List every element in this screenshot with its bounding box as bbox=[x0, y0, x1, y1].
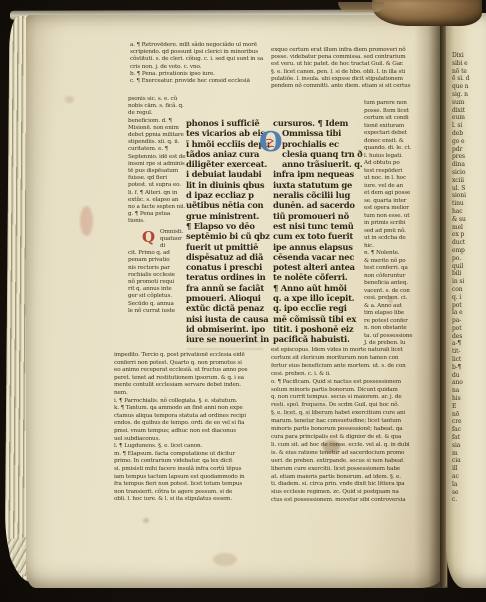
gloss-top-left: a. ¶ Retrovēdere. mīlt sãdo negociãdo ul… bbox=[130, 42, 264, 85]
gloss-left-quaeritur: QOmnisti. quatuor di cit. Primo q. ad pe… bbox=[128, 229, 186, 315]
paper-stain bbox=[213, 553, 237, 566]
facing-page-text-fragments: Dixi sibi e nõ te ē si. d que n sig. n s… bbox=[452, 52, 485, 504]
incunabulum-book-photo: a. ¶ Retrovēdere. mīlt sãdo negociãdo ul… bbox=[0, 0, 486, 602]
gloss-left-upper: psonis sic. s. e. cũ nobis cām. s. ficã.… bbox=[128, 96, 186, 226]
main-col2-paragraph: O Ommissa tibi prochialis ec clesia quan… bbox=[273, 128, 366, 344]
main-col2-catchline: cursuros. ¶ Idem bbox=[273, 118, 366, 128]
main-column-2: cursuros. ¶ Idem O Ommissa tibi prochial… bbox=[273, 118, 366, 345]
gloss-bottom-left: impedito. Tercio q. post privationē eccl… bbox=[114, 352, 264, 504]
torn-corner-damage bbox=[372, 0, 482, 26]
paper-stain bbox=[80, 206, 93, 236]
main-col2-lines: Ommissa tibi prochialis ec clesia quanq … bbox=[273, 128, 362, 344]
gloss-right-column: tum parere non posse. Item licet certum … bbox=[364, 100, 425, 348]
gloss-bottom-right: est episcopus. Idem vides in morte natur… bbox=[271, 347, 423, 505]
paper-stain bbox=[65, 96, 74, 103]
gloss-left-column: psonis sic. s. e. cũ nobis cām. s. ficã.… bbox=[128, 96, 186, 315]
red-penwork-flourish bbox=[265, 138, 275, 150]
torn-corner-damage-small bbox=[338, 2, 384, 12]
gloss-top-right: exquo certum erat illum infra diem promo… bbox=[271, 47, 419, 90]
paper-stain bbox=[143, 518, 149, 523]
rubricated-initial-q: Q bbox=[142, 230, 158, 245]
illuminated-initial-o: O bbox=[259, 129, 280, 159]
